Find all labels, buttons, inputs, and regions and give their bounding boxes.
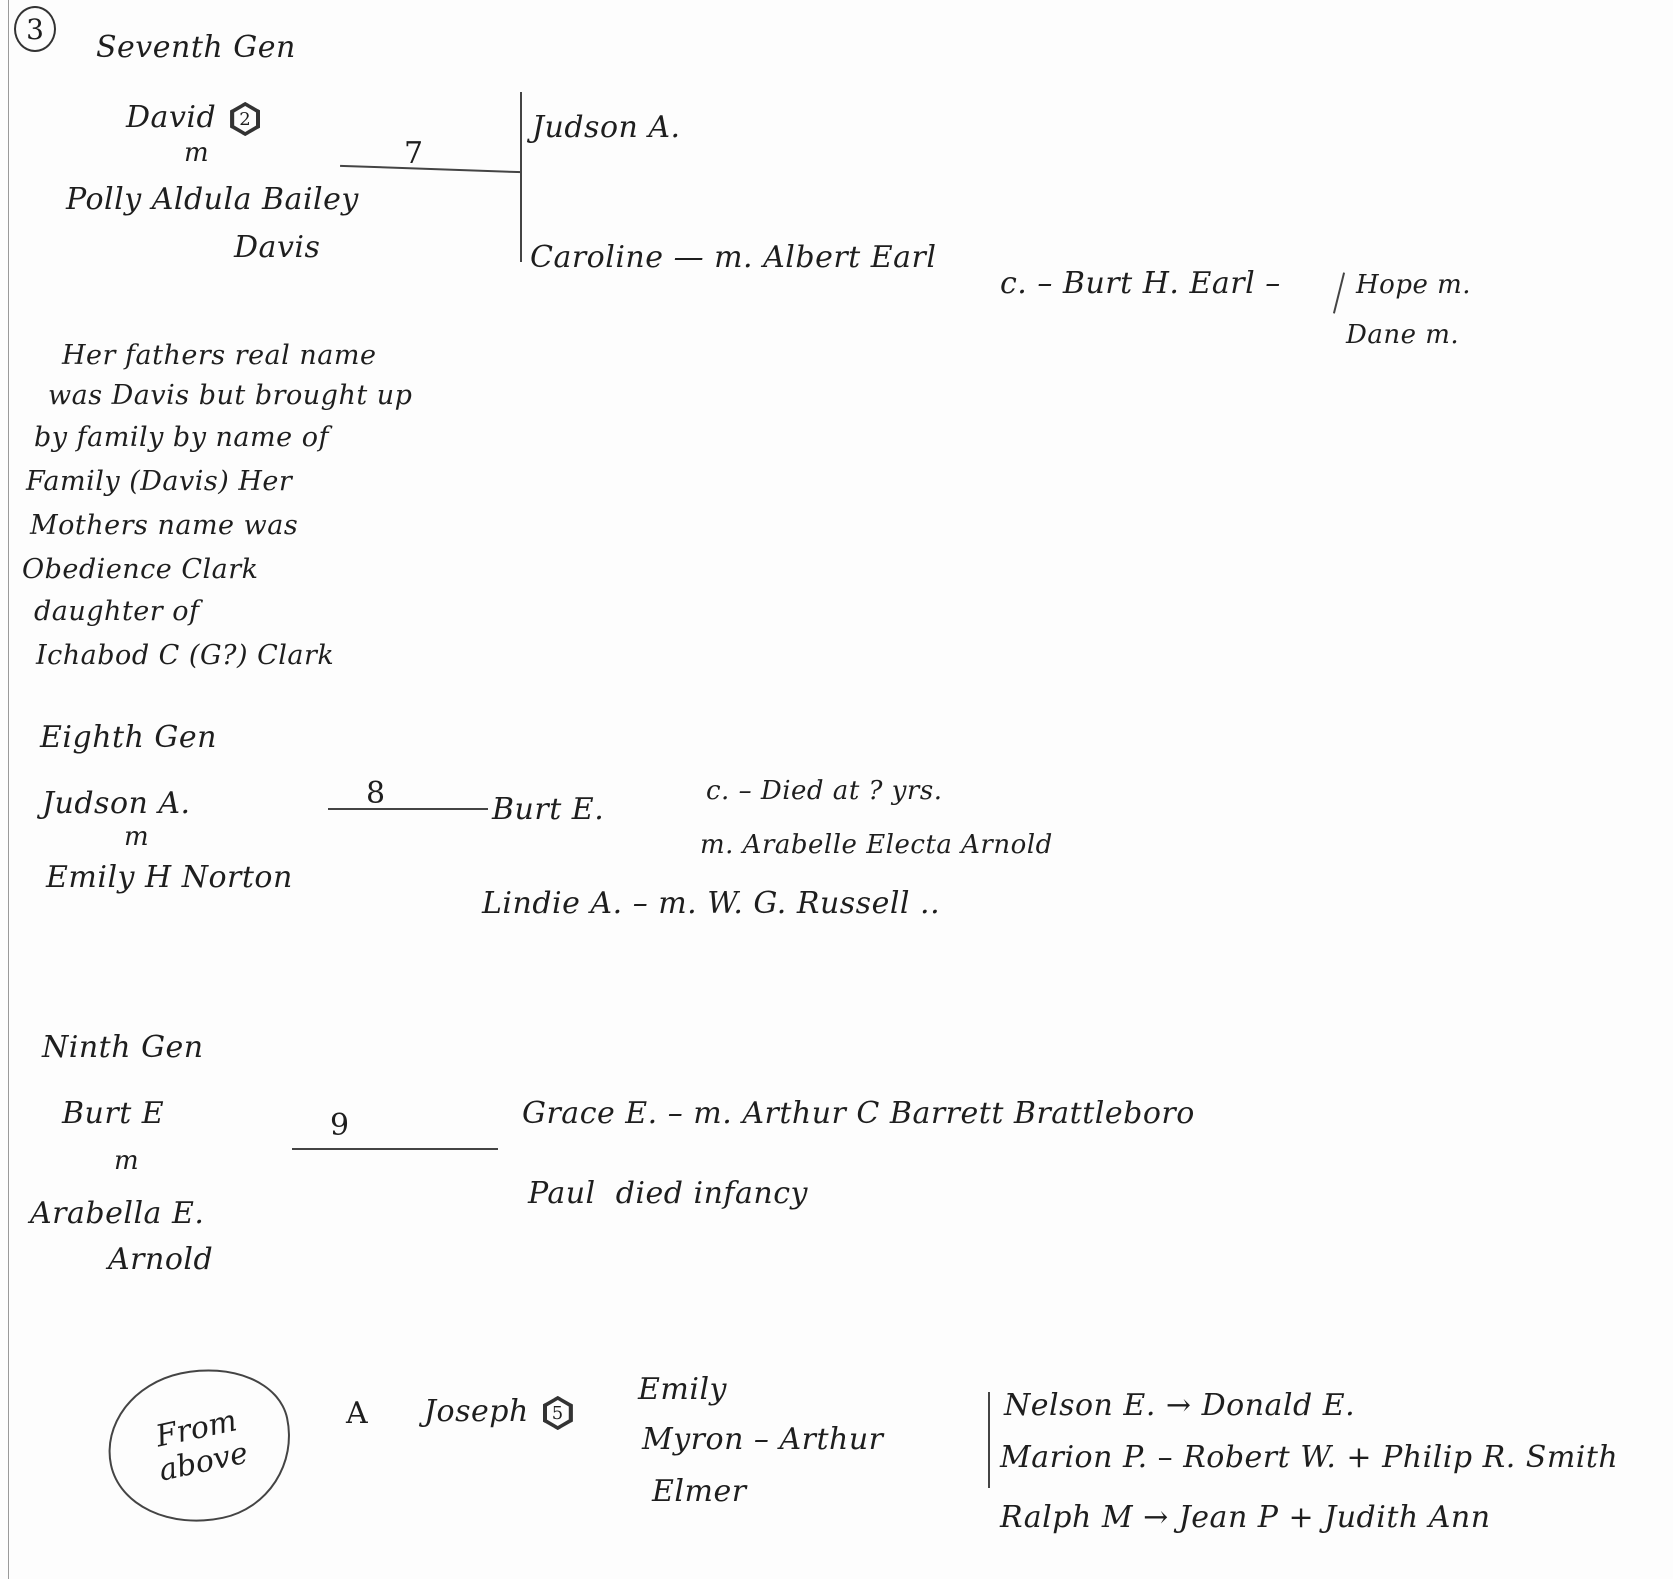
page-number: 3 xyxy=(26,13,44,46)
burt-detail-2: m. Arabelle Electa Arnold xyxy=(700,830,1053,860)
page-edge xyxy=(8,0,9,1579)
reference-hexagon-icon: 2 xyxy=(230,102,260,136)
gen-number-8: 8 xyxy=(366,776,386,811)
note-line: Mothers name was xyxy=(30,506,298,546)
grandchild-dane: Dane m. xyxy=(1346,320,1459,350)
child-judson: Judson A. xyxy=(532,110,681,145)
child-emily: Emily xyxy=(638,1372,727,1407)
child-grace: Grace E. – m. Arthur C Barrett Brattlebo… xyxy=(522,1096,1195,1131)
seventh-gen-wife-line2: Davis xyxy=(234,230,320,265)
note-line: Ichabod C (G?) Clark xyxy=(36,636,334,676)
gen-connector-line xyxy=(340,165,522,173)
caroline-child: c. – Burt H. Earl – xyxy=(1000,266,1281,301)
child-caroline: Caroline — m. Albert Earl xyxy=(530,240,937,275)
page-number-circle: 3 xyxy=(14,6,56,52)
dash-icon: – xyxy=(1158,1440,1174,1475)
note-line: by family by name of xyxy=(34,418,329,458)
reference-hexagon-icon: 5 xyxy=(543,1396,573,1430)
note-line: Obedience Clark xyxy=(22,550,259,590)
children-bracket xyxy=(520,92,522,262)
ninth-gen-wife-line2: Arnold xyxy=(108,1242,213,1277)
gen-number-9: 9 xyxy=(330,1108,350,1143)
gen-connector-line xyxy=(292,1148,498,1150)
grandchild-hope: Hope m. xyxy=(1356,270,1471,300)
arrow-icon: → xyxy=(1166,1388,1192,1423)
child-myron: Myron – Arthur xyxy=(642,1422,884,1457)
grandchildren-bracket xyxy=(1333,272,1345,313)
married-marker: m xyxy=(124,822,149,852)
ninth-gen-heading: Ninth Gen xyxy=(42,1030,204,1065)
eighth-gen-wife: Emily H Norton xyxy=(46,860,293,895)
ninth-gen-wife-line1: Arabella E. xyxy=(30,1196,204,1231)
married-marker: m xyxy=(114,1146,139,1176)
note-line: was Davis but brought up xyxy=(48,376,412,416)
caroline-spouse: — m. Albert Earl xyxy=(674,240,937,275)
arrow-icon: → xyxy=(1143,1500,1169,1535)
note-line: Her fathers real name xyxy=(62,336,376,376)
grace-detail: – m. Arthur C Barrett Brattleboro xyxy=(668,1096,1195,1131)
child-burt: Burt E. xyxy=(492,792,604,827)
note-line: Family (Davis) Her xyxy=(26,462,292,502)
seventh-gen-heading: Seventh Gen xyxy=(96,30,296,65)
married-marker: m xyxy=(184,138,209,168)
child-paul: Paul died infancy xyxy=(528,1176,808,1211)
from-above-circle: From above xyxy=(94,1353,306,1540)
descendants-bracket xyxy=(988,1392,990,1488)
descendant-row: Ralph M → Jean P + Judith Ann xyxy=(1000,1500,1491,1535)
eighth-gen-husband: Judson A. xyxy=(42,786,191,821)
gen-number-7: 7 xyxy=(404,136,424,171)
burt-detail-1: c. – Died at ? yrs. xyxy=(706,776,942,806)
child-lindie: Lindie A. – m. W. G. Russell .. xyxy=(482,886,940,921)
ninth-gen-husband: Burt E xyxy=(62,1096,164,1131)
eighth-gen-heading: Eighth Gen xyxy=(40,720,217,755)
descendant-row: Marion P. – Robert W. + Philip R. Smith xyxy=(1000,1440,1618,1475)
seventh-gen-wife-line1: Polly Aldula Bailey xyxy=(66,182,359,217)
descendant-row: Nelson E. → Donald E. xyxy=(1004,1388,1355,1423)
gen-connector-line xyxy=(328,808,488,810)
child-elmer: Elmer xyxy=(652,1474,747,1509)
husband-name: David xyxy=(126,100,216,135)
seventh-gen-husband: David2 xyxy=(126,100,260,136)
joseph: Joseph5 xyxy=(424,1394,573,1430)
marker-a: A xyxy=(346,1396,368,1431)
note-line: daughter of xyxy=(34,592,200,632)
